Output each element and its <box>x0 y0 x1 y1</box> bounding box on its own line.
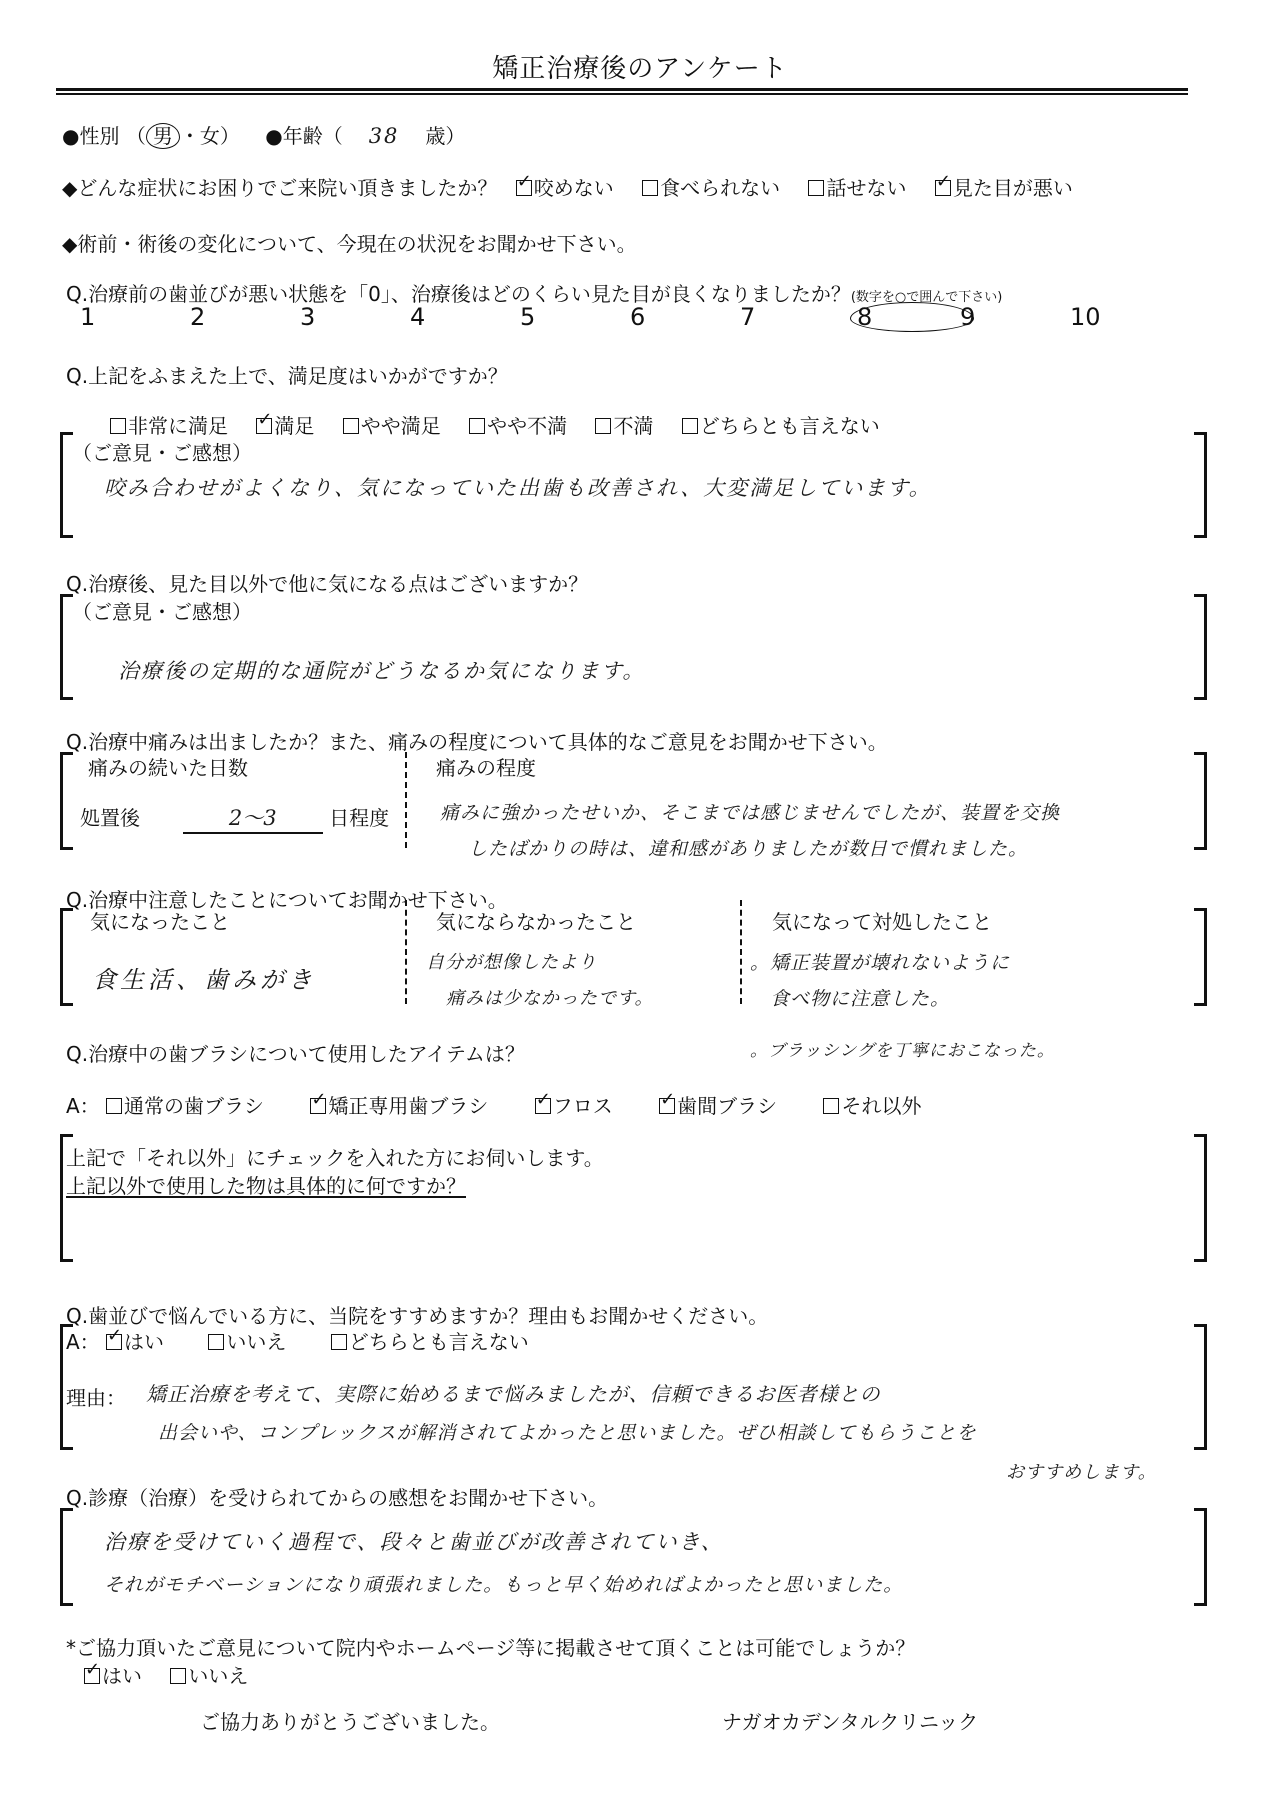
caution-box-right-bracket <box>1194 908 1207 1006</box>
checkbox-checked-icon[interactable] <box>516 180 532 196</box>
caution-col1-answer[interactable]: 食生活、歯みがき <box>92 960 316 995</box>
scale-7[interactable]: 7 <box>740 303 850 331</box>
caution-col3-answer[interactable]: 。ブラッシングを丁寧におこなった。 <box>750 1036 1055 1061</box>
recommend-option[interactable]: どちらとも言えない <box>331 1330 529 1354</box>
symptom-option[interactable]: 見た目が悪い <box>935 176 1073 200</box>
caution-col3-header: 気になって対処したこと <box>772 906 992 935</box>
recommend-option[interactable]: いいえ <box>208 1330 286 1354</box>
recommend-options: A： はい いいえ どちらとも言えない <box>66 1326 551 1355</box>
recommend-reason-line[interactable]: おすすめします。 <box>1006 1458 1157 1484</box>
scale-5[interactable]: 5 <box>520 303 630 331</box>
impression-question: Q.診療（治療）を受けられてからの感想をお聞かせ下さい。 <box>66 1482 608 1511</box>
recommend-reason-line[interactable]: 出会いや、コンプレックスが解消されてよかったと思いました。ぜひ相談してもらうこと… <box>158 1418 976 1445</box>
age-suffix: 歳） <box>425 124 465 148</box>
pain-column-divider <box>405 752 407 848</box>
caution-col3-answer[interactable]: 。矯正装置が壊れないように <box>750 948 1010 975</box>
gender-option-female[interactable]: 女 <box>200 124 220 148</box>
caution-col2-answer[interactable]: 自分が想像したより <box>426 948 597 974</box>
pain-degree-line[interactable]: 痛みに強かったせいか、そこまでは感じませんでしたが、装置を交換 <box>440 798 1060 825</box>
pain-question: Q.治療中痛みは出ましたか？また、痛みの程度について具体的なご意見をお聞かせ下さ… <box>66 726 888 755</box>
scale-1[interactable]: 1 <box>80 303 190 331</box>
checkbox-checked-icon[interactable] <box>310 1098 326 1114</box>
age-label: ●年齢（ <box>265 124 342 148</box>
comment-box-right-bracket <box>1194 432 1207 538</box>
symptom-option[interactable]: 食べられない <box>642 176 780 200</box>
checkbox-icon[interactable] <box>343 418 359 434</box>
checkbox-icon[interactable] <box>823 1098 839 1114</box>
checkbox-icon[interactable] <box>106 1098 122 1114</box>
age-value[interactable]: 38 <box>349 124 419 148</box>
other-items-line1: 上記で「それ以外」にチェックを入れた方にお伺いします。 <box>66 1142 604 1171</box>
satisfaction-option[interactable]: やや不満 <box>469 414 567 438</box>
recommend-reason-label: 理由： <box>66 1382 126 1411</box>
publish-options: はい いいえ <box>84 1660 270 1689</box>
satisfaction-question: Q.上記をふまえた上で、満足度はいかがですか？ <box>66 360 508 389</box>
item-option[interactable]: それ以外 <box>823 1094 921 1118</box>
symptoms-row: ◆どんな症状にお困りでご来院い頂きましたか？ 咬めない 食べられない 話せない … <box>62 172 1095 201</box>
item-option[interactable]: フロス <box>535 1094 613 1118</box>
checkbox-checked-icon[interactable] <box>659 1098 675 1114</box>
checkbox-icon[interactable] <box>110 418 126 434</box>
satisfaction-option[interactable]: 非常に満足 <box>110 414 228 438</box>
caution-column-divider <box>405 900 407 1004</box>
satisfaction-option[interactable]: 不満 <box>595 414 653 438</box>
scale-2[interactable]: 2 <box>190 303 300 331</box>
checkbox-icon[interactable] <box>595 418 611 434</box>
item-option[interactable]: 矯正専用歯ブラシ <box>310 1094 488 1118</box>
publish-question: *ご協力頂いたご意見について院内やホームページ等に掲載させて頂くことは可能でしょ… <box>66 1632 915 1661</box>
caution-column-divider <box>740 900 742 1004</box>
scale-6[interactable]: 6 <box>630 303 740 331</box>
symptom-option[interactable]: 咬めない <box>516 176 614 200</box>
satisfaction-options: 非常に満足 満足 やや満足 やや不満 不満 どちらとも言えない <box>110 410 902 439</box>
other-items-answer[interactable] <box>80 1210 1180 1250</box>
checkbox-checked-icon[interactable] <box>106 1334 122 1350</box>
pain-days-suffix: 日程度 <box>329 806 389 830</box>
gender-label: ●性別 <box>62 124 119 148</box>
comment-box-right-bracket <box>1194 594 1207 700</box>
survey-title: 矯正治療後のアンケート <box>0 48 1280 85</box>
other-concerns-comment-label: （ご意見・ご感想） <box>72 596 252 625</box>
pain-box-right-bracket <box>1194 752 1207 850</box>
recommend-answer-prefix: A： <box>66 1330 100 1354</box>
pain-degree-line[interactable]: したばかりの時は、違和感がありましたが数日で慣れました。 <box>468 834 1028 861</box>
checkbox-icon[interactable] <box>642 180 658 196</box>
pain-degree-header: 痛みの程度 <box>436 752 536 781</box>
recommend-box-right-bracket <box>1194 1324 1207 1450</box>
pain-days-prefix: 処置後 <box>80 806 140 830</box>
pain-box-left-bracket <box>60 752 73 850</box>
intro-text: ◆術前・術後の変化について、今現在の状況をお聞かせ下さい。 <box>62 228 637 257</box>
satisfaction-comment[interactable]: 咬み合わせがよくなり、気になっていた出歯も改善され、大変満足しています。 <box>104 472 932 502</box>
title-divider <box>56 88 1188 95</box>
publish-option[interactable]: いいえ <box>170 1664 248 1688</box>
impression-box-right-bracket <box>1194 1508 1207 1606</box>
checkbox-checked-icon[interactable] <box>84 1668 100 1684</box>
caution-col2-answer[interactable]: 痛みは少なかったです。 <box>446 984 654 1010</box>
other-items-box-right-bracket <box>1194 1134 1207 1262</box>
symptoms-question: ◆どんな症状にお困りでご来院い頂きましたか？ <box>62 176 497 200</box>
checkbox-checked-icon[interactable] <box>256 418 272 434</box>
profile-row: ●性別 （男・女） ●年齢（ 38 歳） <box>62 120 465 149</box>
scale-10[interactable]: 10 <box>1070 303 1180 331</box>
caution-col2-header: 気にならなかったこと <box>436 906 636 935</box>
items-answer-prefix: A： <box>66 1094 100 1118</box>
checkbox-checked-icon[interactable] <box>535 1098 551 1114</box>
satisfaction-comment-label: （ご意見・ご感想） <box>72 437 252 466</box>
scale-8-selected[interactable]: 8 <box>850 302 960 332</box>
gender-option-male[interactable]: 男 <box>146 123 180 149</box>
items-options: A： 通常の歯ブラシ 矯正専用歯ブラシ フロス 歯間ブラシ それ以外 <box>66 1090 943 1119</box>
checkbox-icon[interactable] <box>331 1334 347 1350</box>
caution-box-left-bracket <box>60 908 73 1006</box>
checkbox-icon[interactable] <box>682 418 698 434</box>
other-concerns-question: Q.治療後、見た目以外で他に気になる点はございますか？ <box>66 568 588 597</box>
item-option[interactable]: 歯間ブラシ <box>659 1094 777 1118</box>
items-question: Q.治療中の歯ブラシについて使用したアイテムは？ <box>66 1038 525 1067</box>
checkbox-icon[interactable] <box>808 180 824 196</box>
pain-days-row: 処置後 2〜3 日程度 <box>80 802 389 834</box>
appearance-scale: 12345678910 <box>80 302 1180 332</box>
scale-3[interactable]: 3 <box>300 303 410 331</box>
recommend-reason-line[interactable]: 矯正治療を考えて、実際に始めるまで悩みましたが、信頼できるお医者様との <box>146 1378 881 1407</box>
symptom-option[interactable]: 話せない <box>808 176 906 200</box>
other-concerns-comment[interactable]: 治療後の定期的な通院がどうなるか気になります。 <box>118 655 645 685</box>
recommend-option[interactable]: はい <box>106 1330 164 1354</box>
checkbox-icon[interactable] <box>170 1668 186 1684</box>
scale-4[interactable]: 4 <box>410 303 520 331</box>
impression-line[interactable]: それがモチベーションになり頑張れました。もっと早く始めればよかったと思いました。 <box>104 1570 903 1597</box>
checkbox-icon[interactable] <box>469 418 485 434</box>
impression-line[interactable]: 治療を受けていく過程で、段々と歯並びが改善されていき、 <box>104 1526 724 1556</box>
checkbox-icon[interactable] <box>208 1334 224 1350</box>
recommend-question: Q.歯並びで悩んでいる方に、当院をすすめますか？理由もお聞かせください。 <box>66 1300 768 1329</box>
other-items-line2: 上記以外で使用した物は具体的に何ですか？ <box>66 1170 466 1199</box>
satisfaction-option[interactable]: 満足 <box>256 414 314 438</box>
caution-col1-header: 気になったこと <box>90 906 230 935</box>
caution-col3-answer[interactable]: 食べ物に注意した。 <box>770 984 950 1011</box>
footer-thanks: ご協力ありがとうございました。 <box>200 1706 500 1735</box>
satisfaction-option[interactable]: やや満足 <box>343 414 441 438</box>
pain-days-header: 痛みの続いた日数 <box>88 752 248 781</box>
publish-option[interactable]: はい <box>84 1664 142 1688</box>
scale-9[interactable]: 9 <box>960 303 1070 331</box>
item-option[interactable]: 通常の歯ブラシ <box>106 1094 264 1118</box>
impression-box-left-bracket <box>60 1508 73 1606</box>
footer-clinic-name: ナガオカデンタルクリニック <box>722 1706 978 1735</box>
checkbox-checked-icon[interactable] <box>935 180 951 196</box>
pain-days-value[interactable]: 2〜3 <box>183 802 323 834</box>
satisfaction-option[interactable]: どちらとも言えない <box>682 414 880 438</box>
